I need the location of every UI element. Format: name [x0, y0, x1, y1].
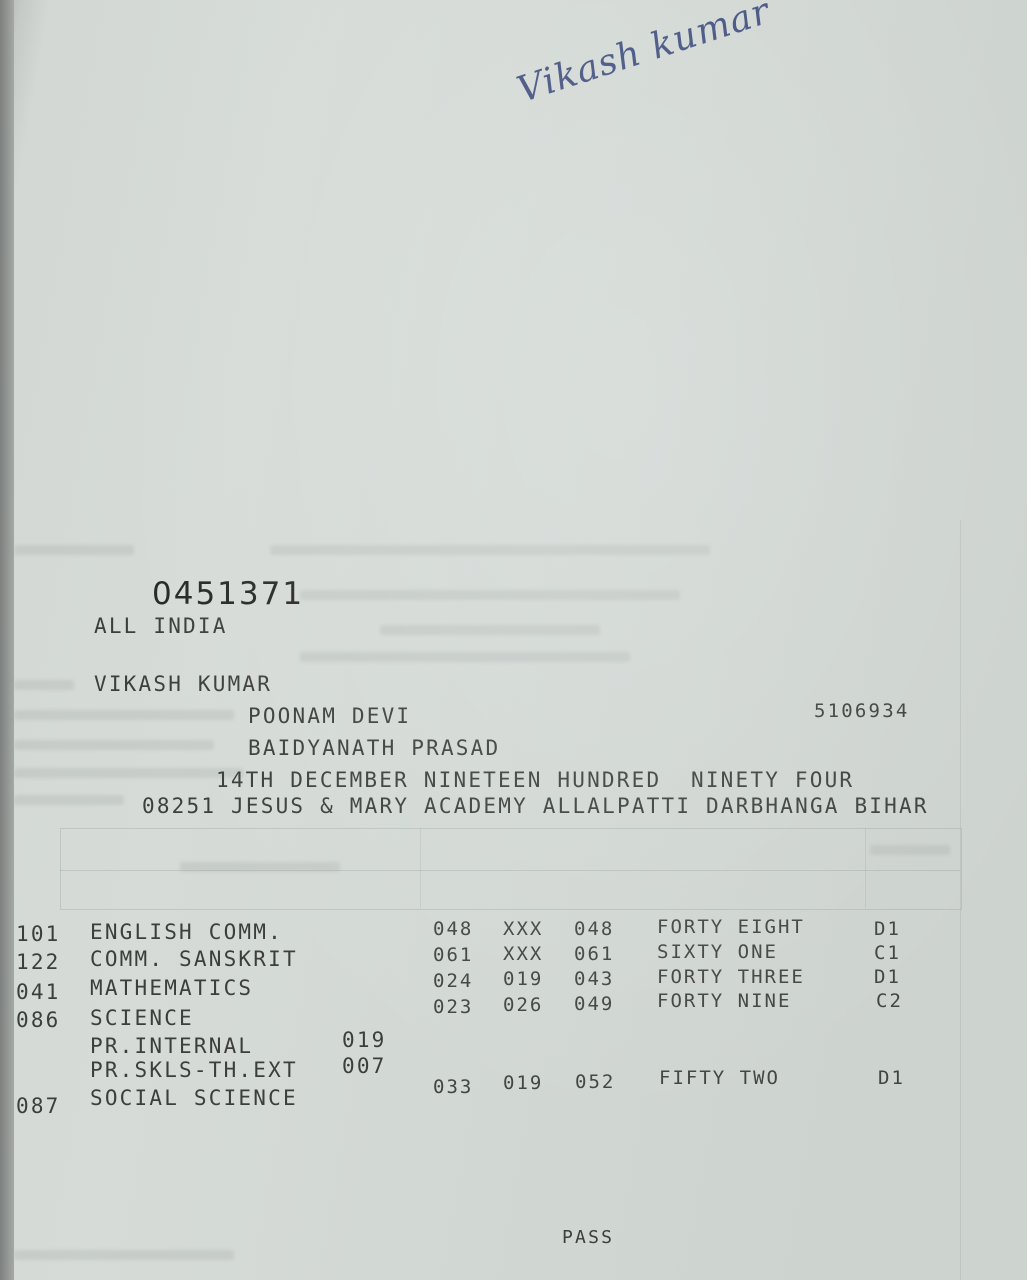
date-of-birth: 14TH DECEMBER NINETEEN HUNDRED NINETY FO… — [216, 768, 854, 792]
bleed-through-line — [960, 520, 961, 1280]
subject-code: 041 — [16, 980, 61, 1004]
total-in-words: FORTY EIGHT — [657, 916, 805, 938]
bleed-through-text — [14, 768, 244, 778]
subject-name: SCIENCE — [90, 1006, 194, 1030]
bleed-through-line — [420, 828, 421, 908]
subject-code: 086 — [16, 1008, 61, 1032]
subject-code: 122 — [16, 950, 61, 974]
school-name: 08251 JESUS & MARY ACADEMY ALLALPATTI DA… — [142, 794, 929, 818]
total-marks: 049 — [574, 993, 614, 1015]
bleed-through-line — [865, 828, 866, 908]
bleed-through-text — [14, 1250, 234, 1260]
subject-name: SOCIAL SCIENCE — [90, 1086, 298, 1110]
science-component-label: PR.SKLS-TH.EXT — [90, 1058, 298, 1082]
total-marks: 052 — [575, 1071, 615, 1093]
science-component-label: PR.INTERNAL — [90, 1034, 253, 1058]
grade: C1 — [874, 942, 901, 964]
result-status: PASS — [562, 1227, 614, 1248]
science-component-value: 019 — [342, 1028, 387, 1052]
subject-code: 101 — [16, 922, 61, 946]
bleed-through-text — [14, 680, 74, 690]
total-marks: 061 — [574, 943, 614, 965]
handwritten-signature: Vikash kumar — [512, 0, 775, 111]
practical-marks: XXX — [503, 918, 543, 940]
theory-marks: 061 — [433, 944, 473, 966]
total-marks: 043 — [574, 968, 614, 990]
practical-marks: XXX — [503, 943, 543, 965]
theory-marks: 048 — [433, 918, 473, 940]
region: ALL INDIA — [94, 614, 228, 638]
bleed-through-text — [300, 590, 680, 600]
science-component-value: 007 — [342, 1054, 387, 1078]
bleed-through-text — [270, 545, 710, 555]
theory-marks: 023 — [433, 996, 473, 1018]
grade: D1 — [874, 966, 901, 988]
bleed-through-text — [180, 862, 340, 872]
serial-number: 5106934 — [814, 700, 909, 722]
book-spine-shadow — [0, 0, 14, 1280]
bleed-through-text — [300, 652, 630, 662]
father-name: BAIDYANATH PRASAD — [248, 736, 500, 760]
bleed-through-text — [14, 740, 214, 750]
theory-marks: 024 — [433, 970, 473, 992]
subject-code: 087 — [16, 1094, 61, 1118]
practical-marks: 019 — [503, 1072, 543, 1094]
total-in-words: SIXTY ONE — [657, 941, 778, 963]
bleed-through-text — [14, 795, 124, 805]
roll-number: 0451371 — [152, 576, 304, 612]
bleed-through-text — [380, 625, 600, 635]
total-marks: 048 — [574, 918, 614, 940]
practical-marks: 019 — [503, 968, 543, 990]
candidate-name: VIKASH KUMAR — [94, 672, 272, 696]
grade: D1 — [874, 918, 901, 940]
practical-marks: 026 — [503, 994, 543, 1016]
grade: C2 — [876, 990, 903, 1012]
total-in-words: FORTY THREE — [657, 966, 805, 988]
subject-name: ENGLISH COMM. — [90, 920, 283, 944]
bleed-through-text — [14, 545, 134, 555]
bleed-through-text — [14, 710, 234, 720]
bleed-through-text — [870, 845, 950, 855]
theory-marks: 033 — [433, 1076, 473, 1098]
mother-name: POONAM DEVI — [248, 704, 411, 728]
subject-name: MATHEMATICS — [90, 976, 253, 1000]
grade: D1 — [878, 1067, 905, 1089]
total-in-words: FORTY NINE — [657, 990, 791, 1012]
subject-name: COMM. SANSKRIT — [90, 947, 298, 971]
total-in-words: FIFTY TWO — [659, 1067, 780, 1089]
